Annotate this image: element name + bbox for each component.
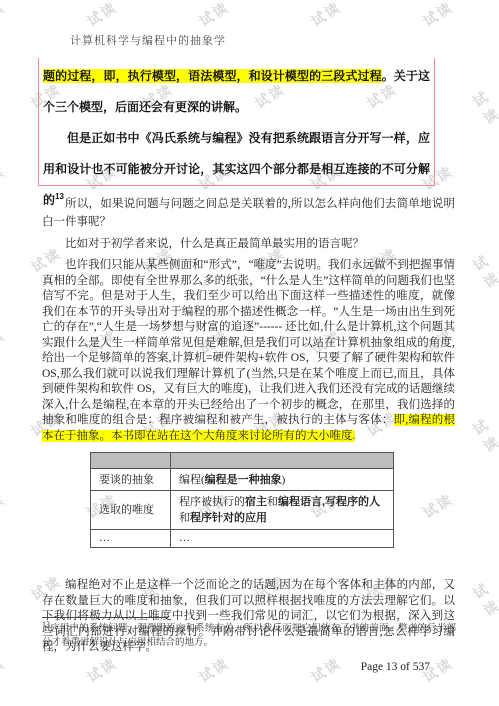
abstraction-table: 要谈的抽象编程(编程是一种抽象)选取的唯度程序被执行的宿主和编程语言,写程序的人… [90, 452, 394, 548]
table-cell-text: ) [282, 474, 286, 486]
table-cell-text: 要谈的抽象 [99, 474, 154, 486]
table-cell: 程序被执行的宿主和编程语言,写程序的人和程序针对的应用 [171, 491, 394, 530]
abstraction-table-body: 要谈的抽象编程(编程是一种抽象)选取的唯度程序被执行的宿主和编程语言,写程序的人… [91, 469, 394, 548]
watermark-text: 试读 [195, 0, 233, 31]
watermark-text: 试读 [419, 0, 457, 31]
table-cell-bold-text: 程序针对的应用 [190, 512, 267, 524]
running-header: 计算机科学与编程中的抽象学 [70, 32, 455, 48]
document-page: 试读试读试读试读试读试读试读试读试读试读试读试读试读试读试读试读试读试读试读试读… [0, 0, 499, 706]
watermark-text: 试读 [469, 411, 499, 456]
watermark-text: 试读 [0, 161, 9, 195]
table-cell-text: … [99, 532, 110, 544]
table-cell-text: 选取的唯度 [99, 504, 154, 516]
revision-callout-box: 题的过程，即，执行模型，语法模型，和设计模型的三段式过程。关于这个三个模型，后面… [38, 58, 435, 186]
table-cell: … [171, 530, 394, 548]
footnote-separator [42, 617, 168, 618]
watermark-text: 试读 [307, 653, 345, 687]
footnote-number: 13 [42, 620, 50, 629]
callout-paragraph-1: 题的过程，即，执行模型，语法模型，和设计模型的三段式过程。关于这个三个模型，后面… [43, 61, 430, 123]
watermark-text: 试读 [469, 83, 499, 128]
body-paragraph-3-text: 也许我们只能从某些侧面和“形式”，“唯度”去说明。我们永远做不到把握事情真相的全… [42, 259, 455, 426]
watermark-text: 试读 [307, 0, 345, 31]
table-header-cell-2 [171, 453, 394, 469]
footnote-text: 应用中的系统问题，强烈跟语言和系统有关，所以我反而把它们放在了书的前面。整书的后… [42, 624, 456, 648]
table-row: 选取的唯度程序被执行的宿主和编程语言,写程序的人和程序针对的应用 [91, 491, 394, 530]
table-cell-text: 程序被执行的 [179, 496, 245, 508]
highlighted-text: 题的过程，即，执行模型，语法模型，和设计模型的三段式过程 [43, 69, 382, 83]
watermark-text: 试读 [83, 0, 121, 31]
watermark-text: 试读 [469, 247, 499, 292]
watermark-text: 试读 [0, 653, 9, 687]
table-cell: 编程(编程是一种抽象) [171, 469, 394, 491]
table-cell-text: 和 [267, 496, 278, 508]
table-cell-text: 编程( [179, 474, 205, 486]
footnote-reference: 13 [55, 192, 64, 201]
table-row: …… [91, 530, 394, 548]
table-cell: 要谈的抽象 [91, 469, 171, 491]
watermark-text: 试读 [0, 0, 9, 31]
body-paragraph-2: 比如对于初学者来说，什么是真正最简单最实用的语言呢？ [42, 235, 455, 253]
watermark-text: 试读 [469, 575, 499, 620]
table-cell-bold-text: 编程语言,写程序的人 [278, 496, 380, 508]
table-cell-text: 和 [179, 512, 190, 524]
footnote-block: 13应用中的系统问题，强烈跟语言和系统有关，所以我反而把它们放在了书的前面。整书… [42, 617, 456, 650]
table-cell-bold-text: 宿主 [245, 496, 267, 508]
page-content: 计算机科学与编程中的抽象学 题的过程，即，执行模型，语法模型，和设计模型的三段式… [42, 32, 455, 656]
watermark-text: 试读 [195, 653, 233, 687]
body-paragraph-1: 所以，如果说问题与问题之间总是关联着的,所以怎么样向他们去简单地说明白一件事呢？ [42, 195, 455, 231]
page-number: Page 13 of 537 [361, 661, 430, 673]
table-row: 要谈的抽象编程(编程是一种抽象) [91, 469, 394, 491]
table-cell-bold-text: 编程是一种抽象 [205, 474, 282, 486]
table-header-row [91, 453, 394, 469]
table-header-cell-1 [91, 453, 171, 469]
table-cell-text: … [179, 532, 190, 544]
watermark-text: 试读 [0, 325, 9, 359]
watermark-text: 试读 [0, 489, 9, 523]
table-cell: 选取的唯度 [91, 491, 171, 530]
body-paragraph-3: 也许我们只能从某些侧面和“形式”，“唯度”去说明。我们永远做不到把握事情真相的全… [42, 258, 455, 444]
watermark-text: 试读 [83, 653, 121, 687]
table-cell: … [91, 530, 171, 548]
